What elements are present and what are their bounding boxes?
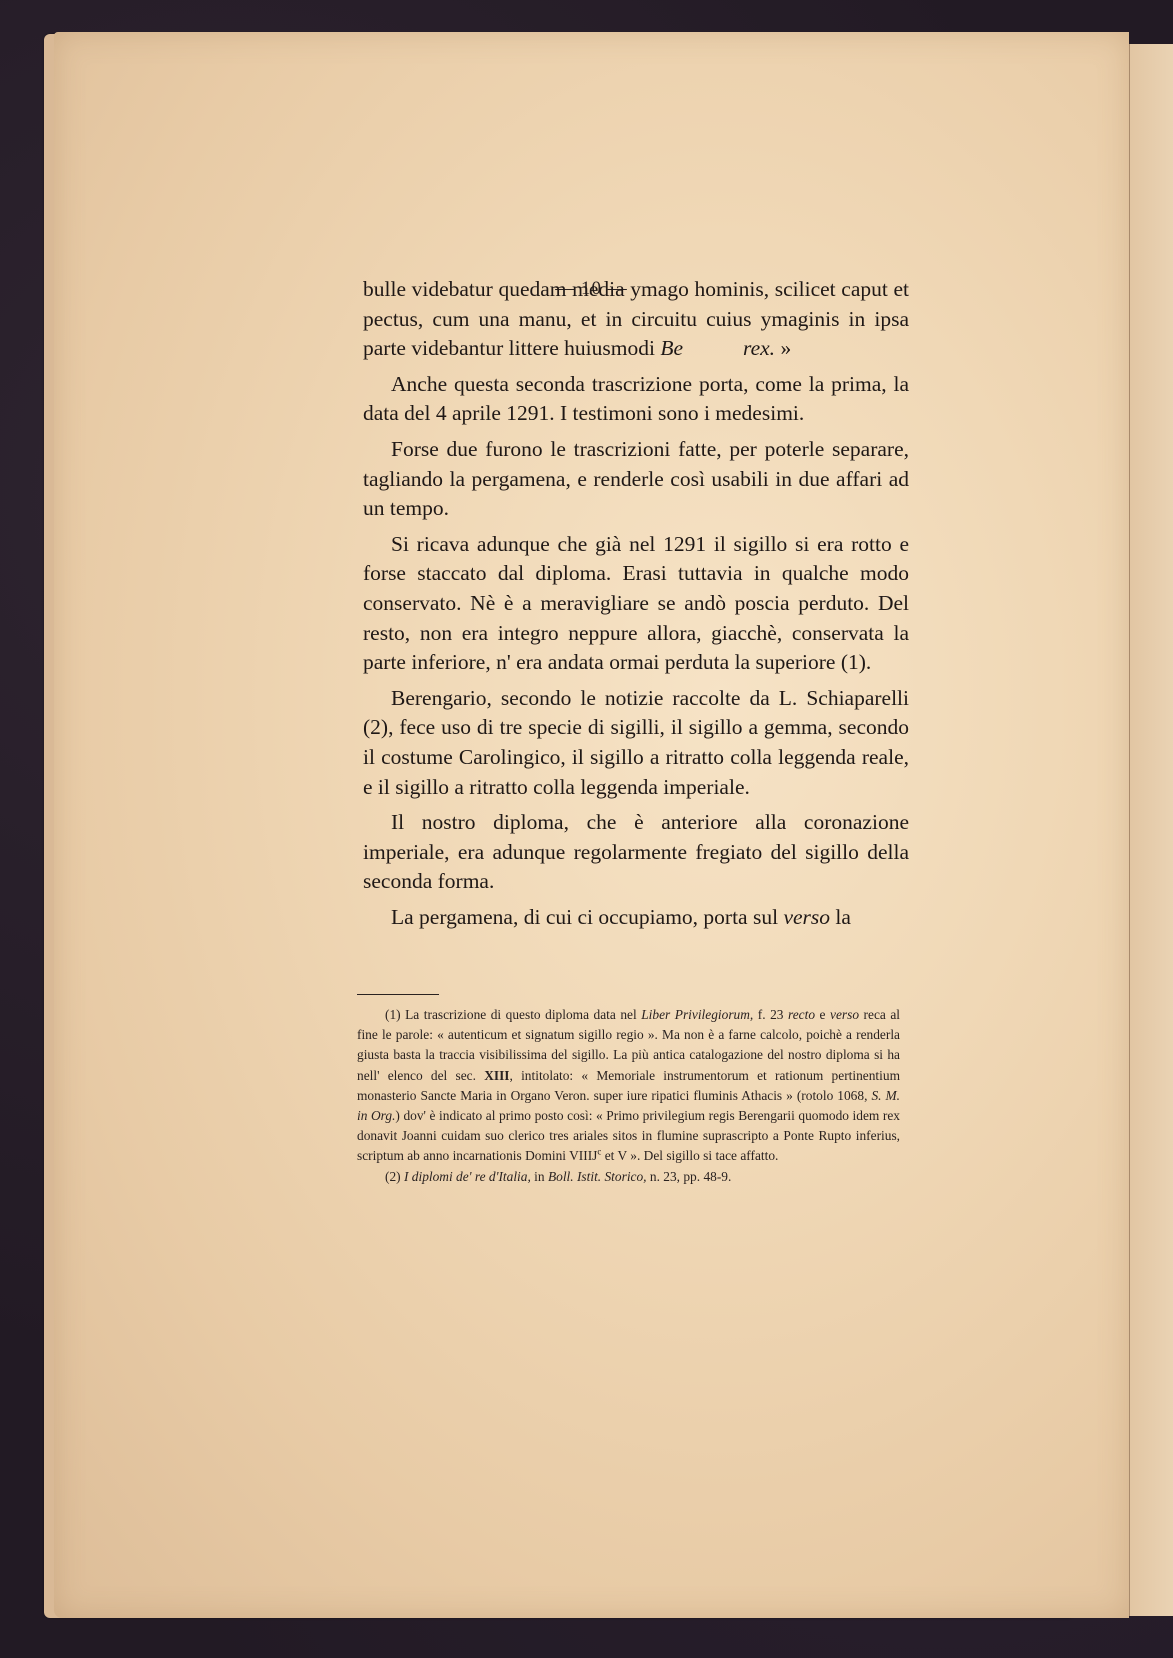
fn2-text: n. 23, pp. 48-9. xyxy=(647,1169,732,1184)
fn1-text: (1) La trascrizione di questo diploma da… xyxy=(385,1007,641,1022)
p0-italic-rex: rex. xyxy=(743,336,775,360)
p0-text: bulle videbatur quedam media ymago homin… xyxy=(363,277,909,360)
paragraph-5: Il nostro diploma, che è anteriore alla … xyxy=(363,808,909,897)
fn2-text: (2) xyxy=(385,1169,404,1184)
paragraph-6: La pergamena, di cui ci occupiamo, porta… xyxy=(363,903,909,933)
footnote-2: (2) I diplomi de' re d'Italia, in Boll. … xyxy=(357,1167,900,1187)
footnote-rule xyxy=(357,994,439,995)
fn1-text: et V ». Del sigillo si tace affatto. xyxy=(601,1148,778,1163)
fn2-text: in xyxy=(531,1169,548,1184)
paragraph-0: bulle videbatur quedam media ymago homin… xyxy=(363,275,909,364)
fn1-text: f. 23 xyxy=(753,1007,788,1022)
paragraph-2: Forse due furono le trascrizioni fatte, … xyxy=(363,435,909,524)
fn1-bold: XIII xyxy=(484,1068,509,1083)
fn2-italic: I diplomi de' re d'Italia, xyxy=(404,1169,531,1184)
paragraph-3: Si ricava adunque che già nel 1291 il si… xyxy=(363,530,909,678)
paragraph-4: Berengario, secondo le notizie raccolte … xyxy=(363,684,909,802)
fn2-italic: Boll. Istit. Storico, xyxy=(548,1169,647,1184)
fn1-italic: Liber Privilegiorum, xyxy=(641,1007,753,1022)
p6-italic-verso: verso xyxy=(783,905,830,929)
paragraph-1: Anche questa seconda trascrizione porta,… xyxy=(363,370,909,429)
facing-page-edge xyxy=(1129,44,1173,1616)
p6-text: La pergamena, di cui ci occupiamo, porta… xyxy=(391,905,783,929)
footnote-1: (1) La trascrizione di questo diploma da… xyxy=(357,1005,900,1167)
fn1-text: e xyxy=(815,1007,830,1022)
fn1-italic: verso xyxy=(830,1007,859,1022)
fn1-italic: recto xyxy=(788,1007,815,1022)
p0-italic-be: Be xyxy=(660,336,683,360)
main-text: bulle videbatur quedam media ymago homin… xyxy=(363,275,909,938)
p6-tail: la xyxy=(830,905,851,929)
footnotes: (1) La trascrizione di questo diploma da… xyxy=(357,1005,900,1187)
p0-close-quote: » xyxy=(775,336,791,360)
